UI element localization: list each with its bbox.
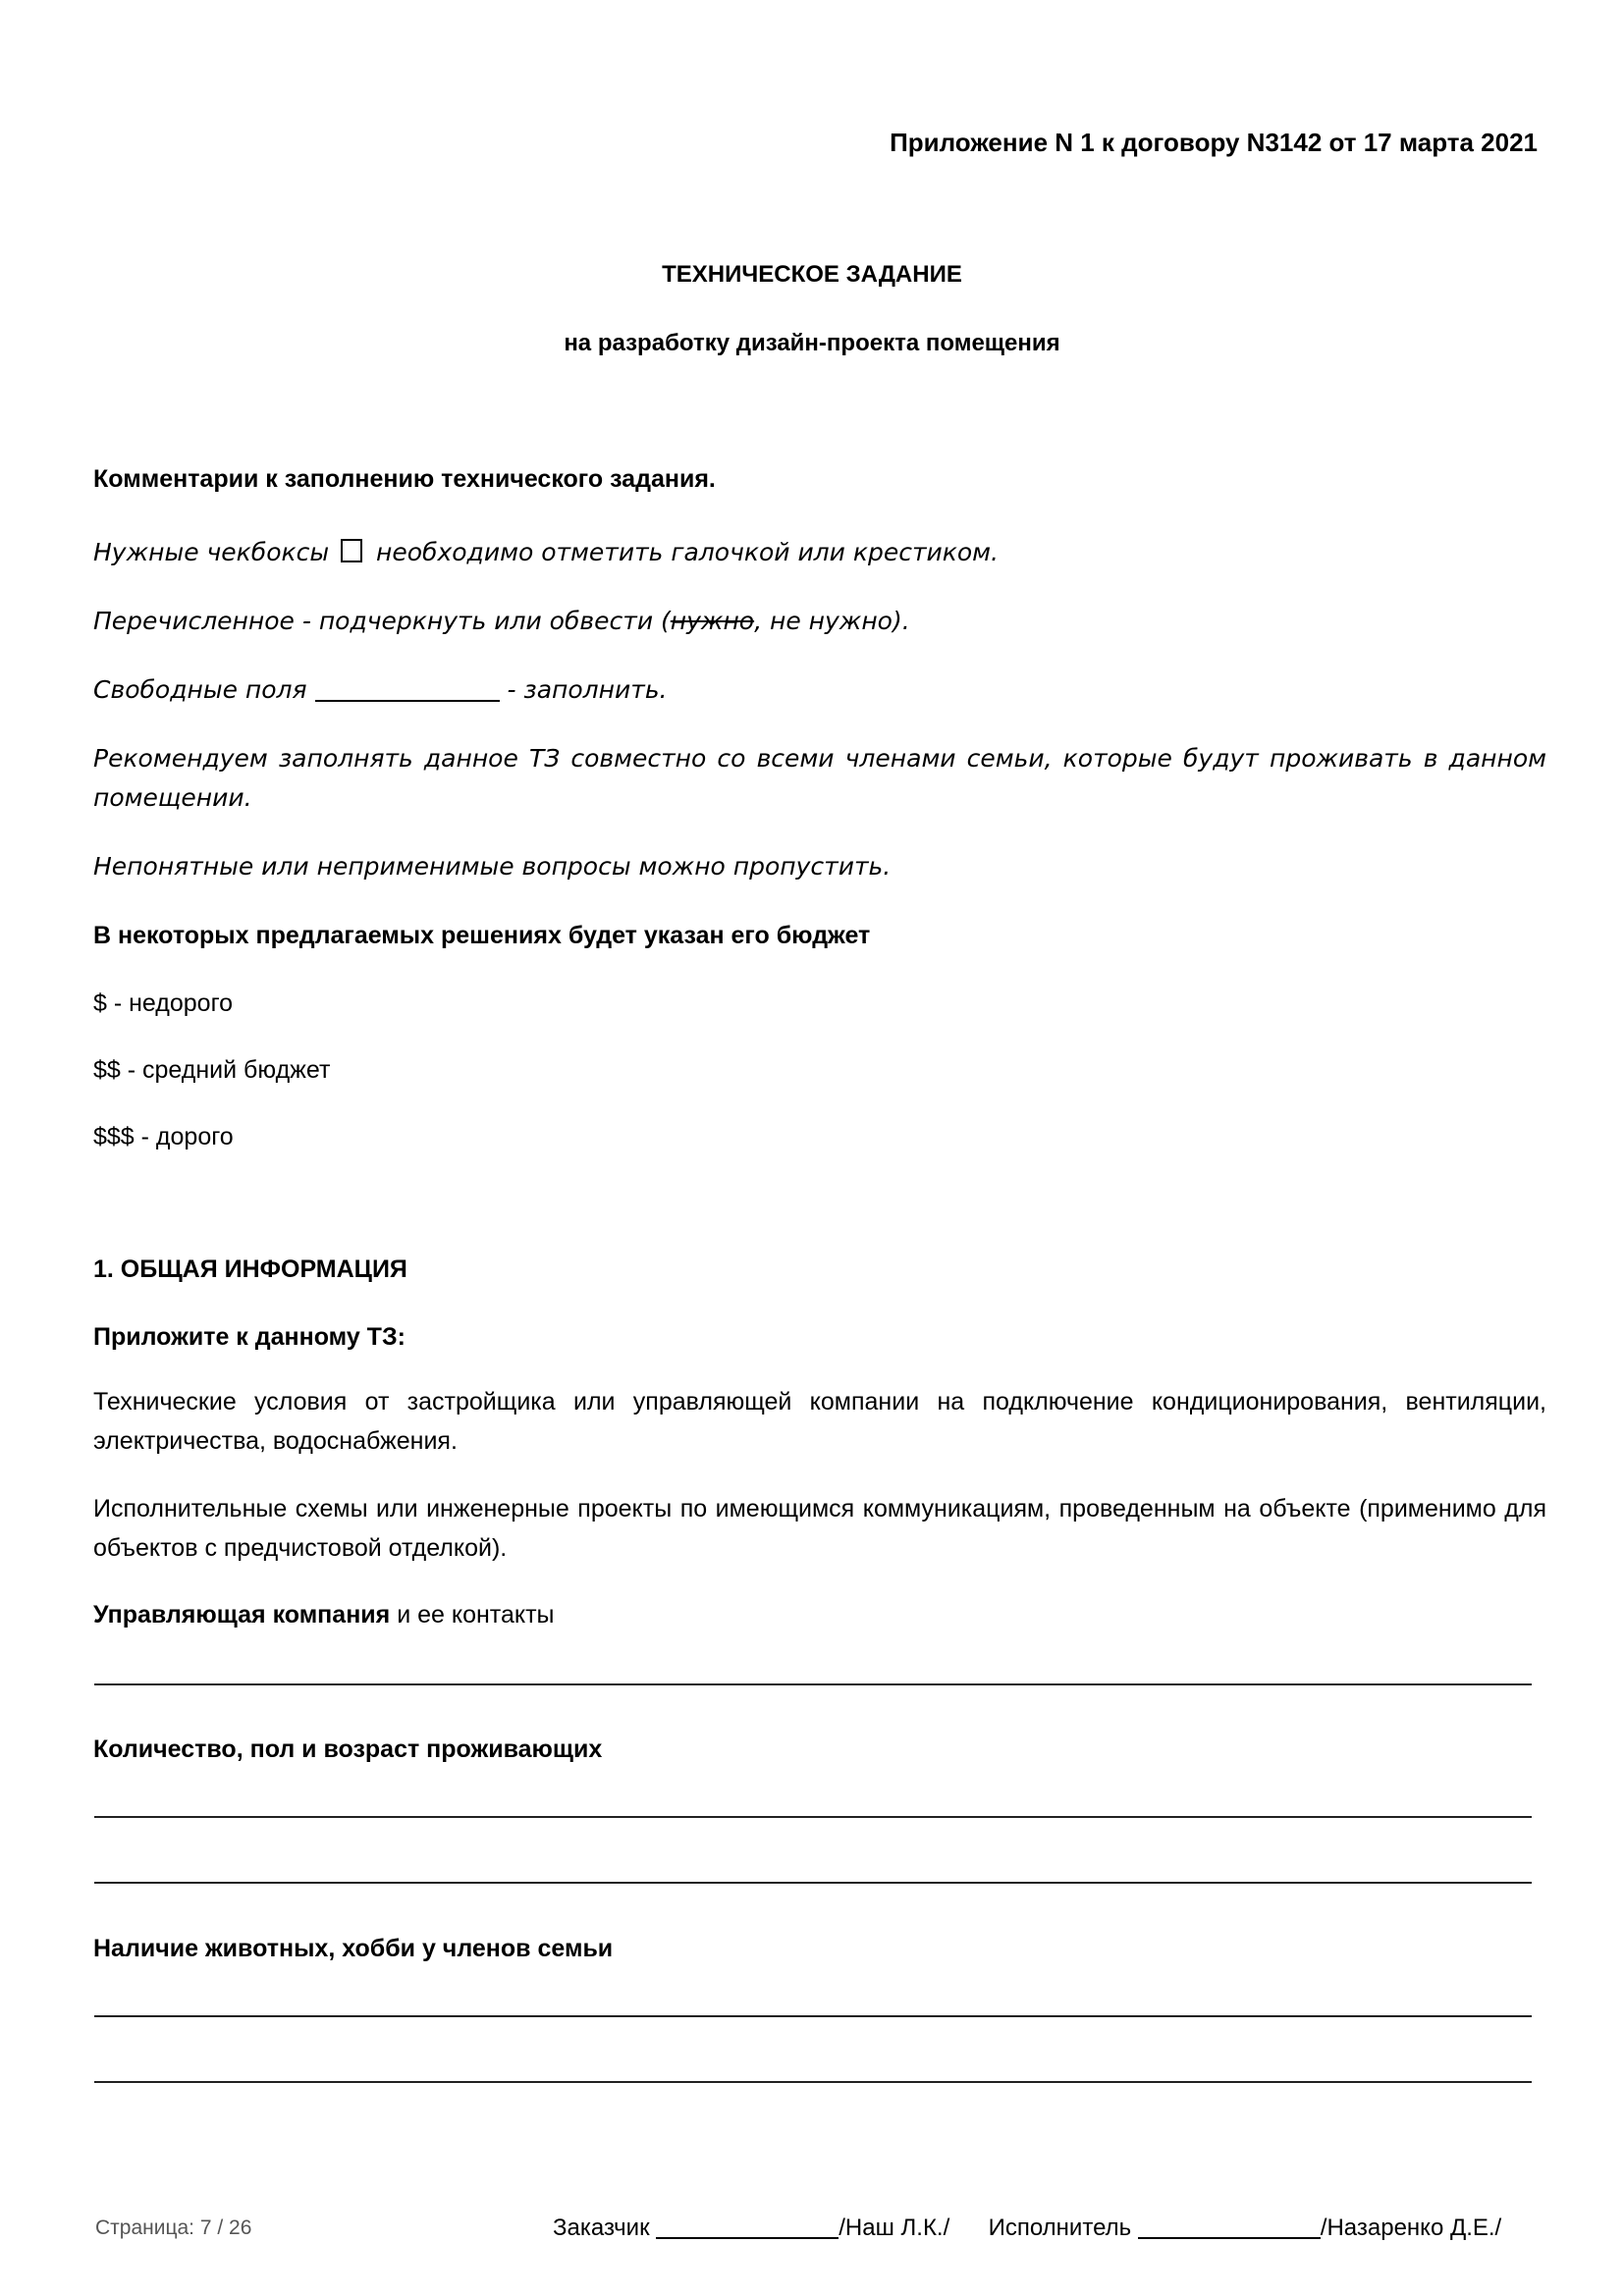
management-company-input-line[interactable]	[94, 1683, 1532, 1685]
residents-input-line-2[interactable]	[94, 1882, 1532, 1884]
pets-hobbies-input-line-2[interactable]	[94, 2081, 1532, 2083]
sample-checkbox[interactable]	[341, 539, 362, 562]
document-title: ТЕХНИЧЕСКОЕ ЗАДАНИЕ	[0, 261, 1624, 289]
enum-instruction-pre: Перечисленное - подчеркнуть или обвести …	[93, 607, 671, 635]
budget-heading: В некоторых предлагаемых решениях будет …	[93, 916, 1546, 955]
free-field-instruction: Свободные поля - заполнить.	[93, 670, 1546, 710]
signature-block: Заказчик /Наш Л.К./ Исполнитель /Назарен…	[553, 2215, 1501, 2242]
attach-item-tech-conditions: Технические условия от застройщика или у…	[93, 1382, 1546, 1461]
management-company-rest: и ее контакты	[390, 1601, 554, 1629]
checkbox-instruction-post: необходимо отметить галочкой или крестик…	[376, 538, 999, 566]
annex-reference: Приложение N 1 к договору N3142 от 17 ма…	[890, 128, 1538, 158]
contractor-name: /Назаренко Д.Е./	[1321, 2215, 1501, 2241]
enum-instruction: Перечисленное - подчеркнуть или обвести …	[93, 602, 1546, 641]
free-field-post: - заполнить.	[500, 675, 668, 704]
budget-level-high: $$$ - дорого	[93, 1117, 1546, 1156]
enum-struck-word: нужно	[671, 607, 754, 635]
management-company-bold: Управляющая компания	[93, 1601, 390, 1629]
checkbox-instruction: Нужные чекбоксы необходимо отметить гало…	[93, 533, 1546, 572]
comments-heading: Комментарии к заполнению технического за…	[93, 459, 1546, 499]
checkbox-instruction-pre: Нужные чекбоксы	[93, 538, 329, 566]
pets-hobbies-label: Наличие животных, хобби у членов семьи	[93, 1929, 1546, 1968]
attach-heading: Приложите к данному ТЗ:	[93, 1317, 1546, 1357]
contractor-signature-line[interactable]	[1138, 2237, 1321, 2239]
customer-name: /Наш Л.К./	[839, 2215, 949, 2241]
residents-input-line-1[interactable]	[94, 1816, 1532, 1818]
document-subtitle: на разработку дизайн-проекта помещения	[0, 330, 1624, 357]
attach-item-schemes: Исполнительные схемы или инженерные прое…	[93, 1489, 1546, 1568]
free-field-pre: Свободные поля	[93, 675, 307, 704]
skip-note: Непонятные или неприменимые вопросы можн…	[93, 847, 1546, 886]
enum-instruction-post: , не нужно).	[754, 607, 910, 635]
budget-level-mid: $$ - средний бюджет	[93, 1050, 1546, 1090]
residents-label: Количество, пол и возраст проживающих	[93, 1730, 1546, 1769]
budget-level-low: $ - недорого	[93, 984, 1546, 1023]
recommendation-text: Рекомендуем заполнять данное ТЗ совместн…	[93, 739, 1546, 818]
customer-label: Заказчик	[553, 2215, 650, 2241]
management-company-label: Управляющая компания и ее контакты	[93, 1595, 1546, 1634]
pets-hobbies-input-line-1[interactable]	[94, 2015, 1532, 2017]
contractor-label: Исполнитель	[989, 2215, 1132, 2241]
page-number: Страница: 7 / 26	[95, 2216, 251, 2240]
customer-signature-line[interactable]	[656, 2237, 839, 2239]
sample-blank-field	[315, 700, 500, 702]
section-heading-general: 1. ОБЩАЯ ИНФОРМАЦИЯ	[93, 1250, 1546, 1289]
